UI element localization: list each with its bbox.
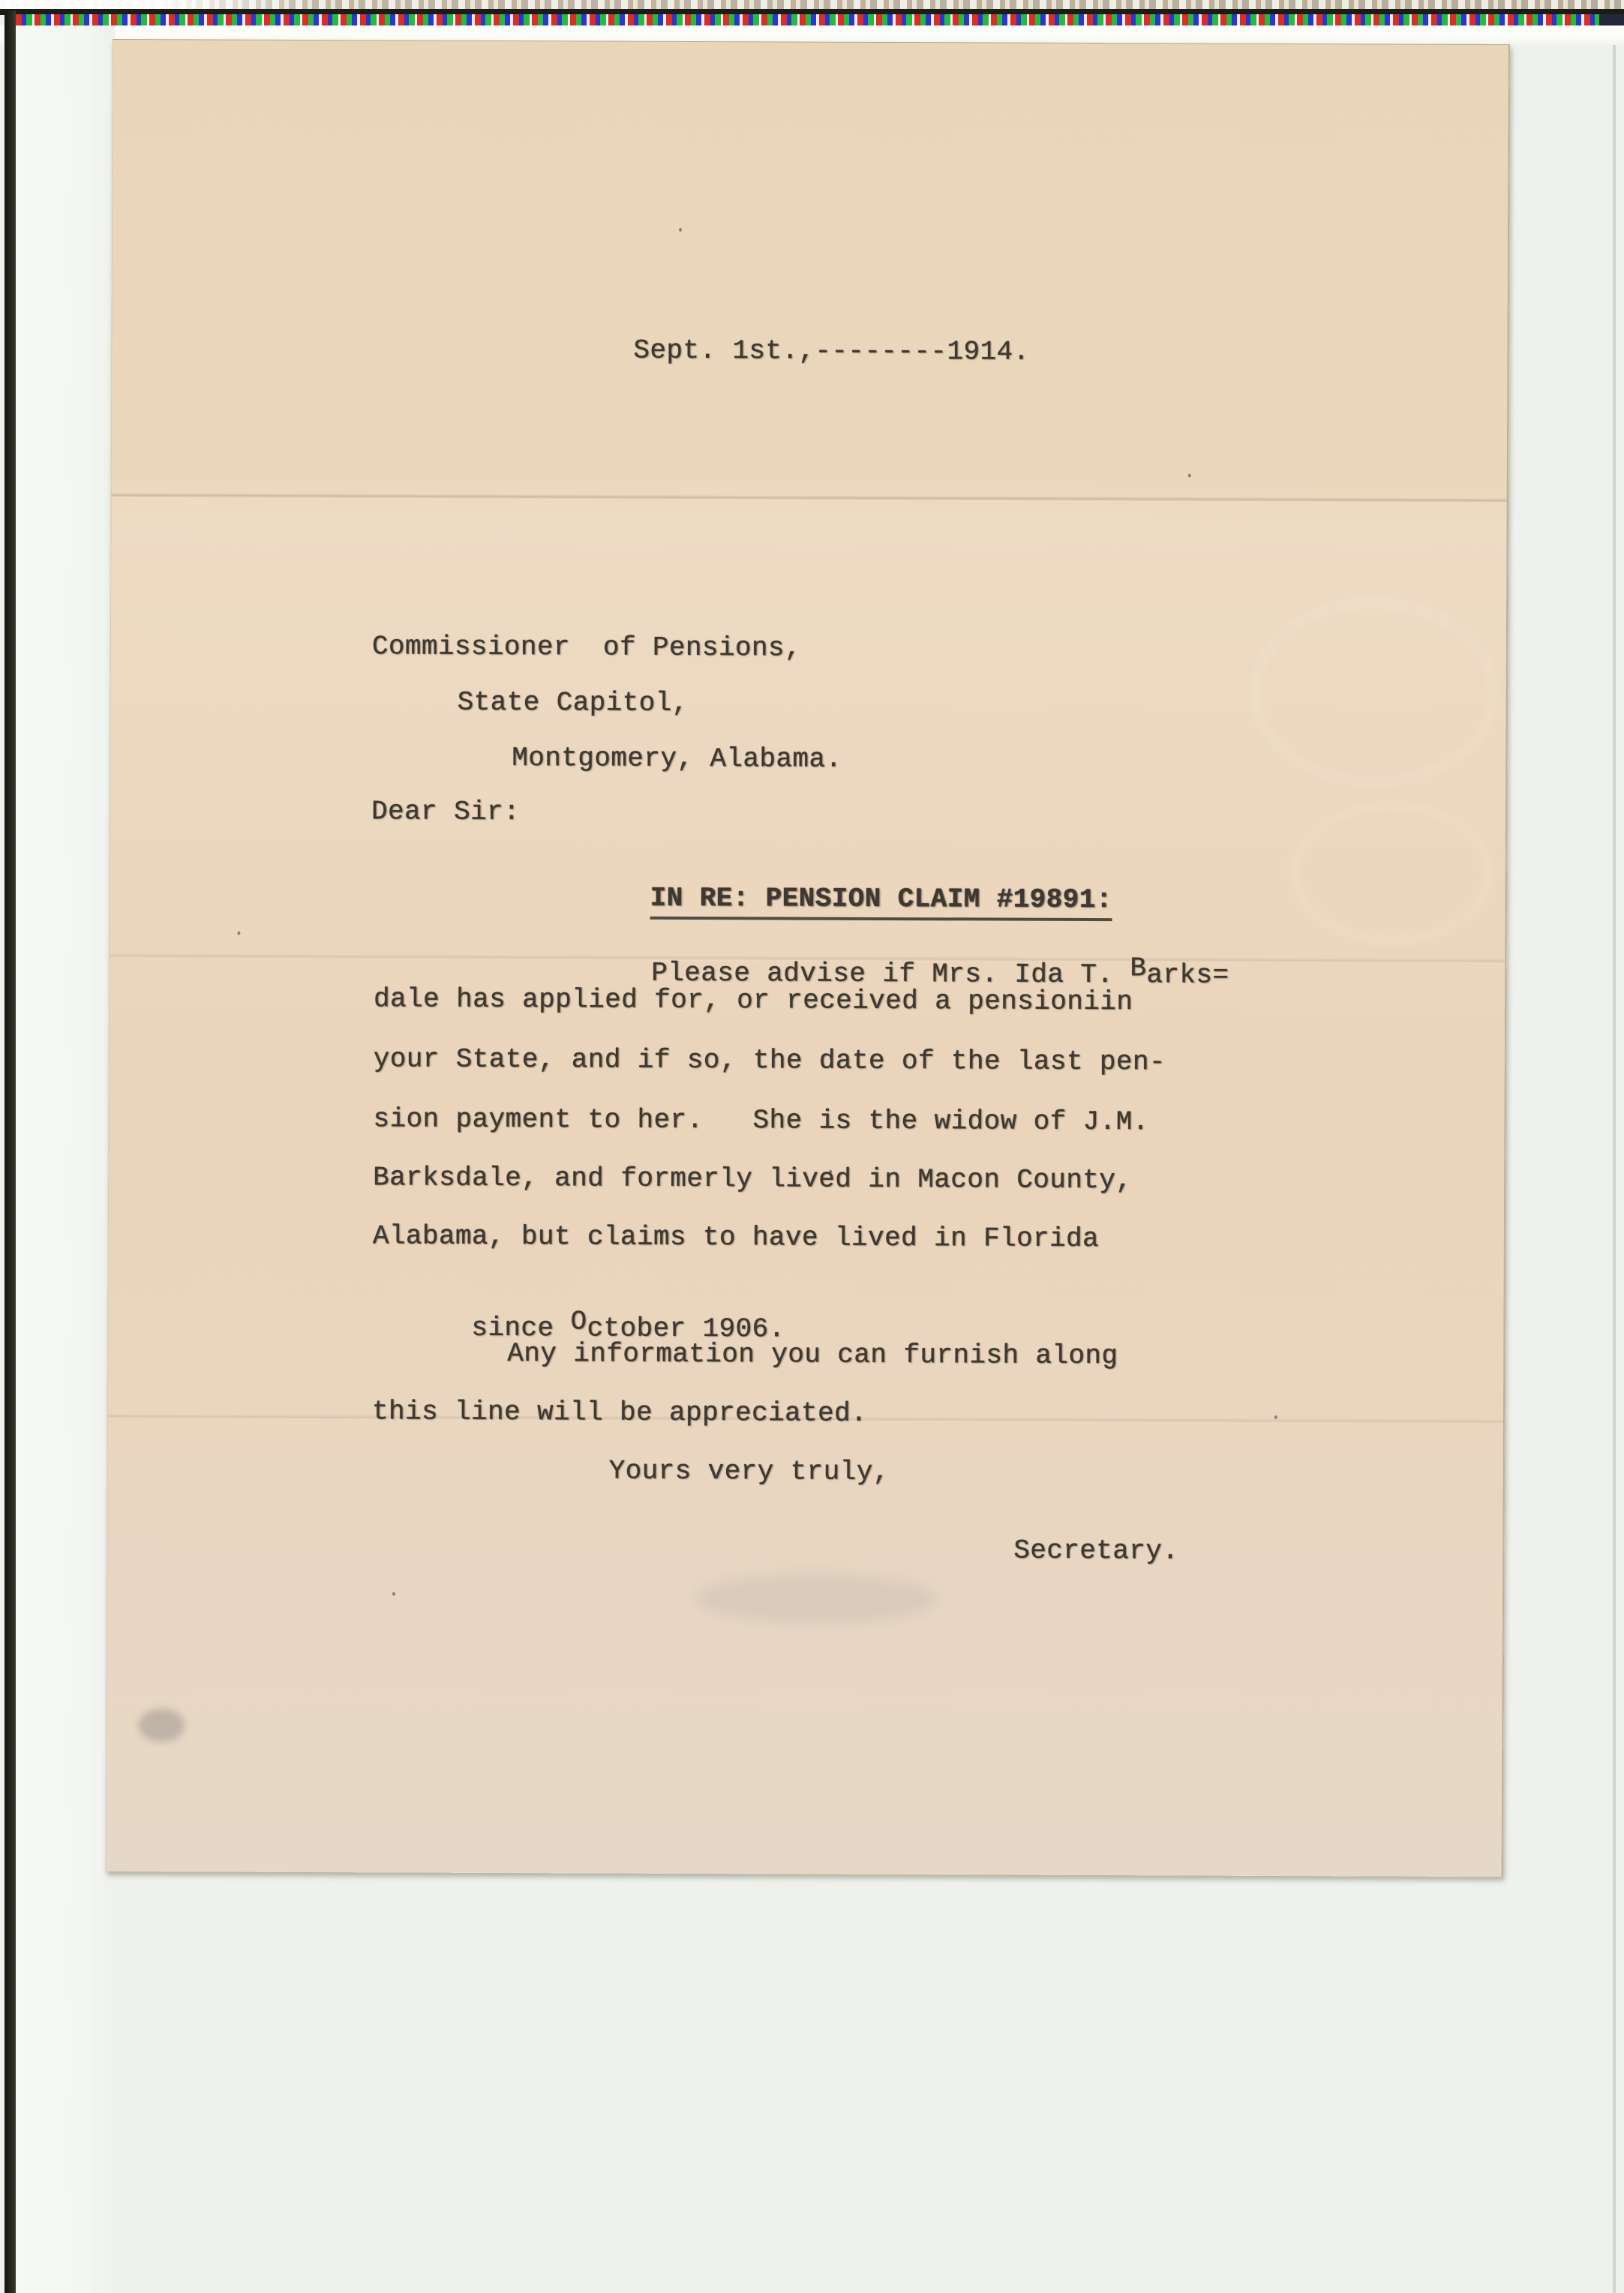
paper-speck (679, 228, 682, 232)
body-text-segment: arks= (1146, 959, 1229, 990)
subject-underlined-text: IN RE: PENSION CLAIM #19891: (650, 883, 1112, 921)
scanner-left-edge-bar (5, 11, 16, 2293)
fold-crease-top (112, 493, 1507, 503)
letter-paper: Sept. 1st.,--------1914. Commissioner of… (106, 39, 1510, 1877)
body-paragraph2-line1: Any information you can furnish along (507, 1337, 1118, 1373)
scanner-right-edge-line (1613, 45, 1616, 2293)
show-through-mark (1250, 599, 1497, 786)
raised-letter: O (570, 1306, 587, 1337)
scanner-edge-noise (0, 0, 1624, 9)
closing-line: Yours very truly, (609, 1455, 890, 1489)
paper-speck (1274, 1415, 1277, 1419)
recipient-line-3: Montgomery, Alabama. (512, 742, 842, 776)
recipient-line-2: State Capitol, (458, 686, 689, 720)
show-through-mark (1291, 802, 1493, 944)
raised-letter: B (1130, 953, 1146, 983)
body-paragraph1-line3: your State, and if so, the date of the l… (374, 1043, 1166, 1079)
paper-speck (1188, 474, 1191, 478)
body-paragraph1-line2: dale has applied for, or received a pens… (374, 983, 1133, 1019)
salutation: Dear Sir: (371, 795, 520, 829)
scanned-letter-page: Sept. 1st.,--------1914. Commissioner of… (0, 0, 1624, 2293)
body-paragraph1-line5: Barksdale, and formerly lived in Macon C… (373, 1161, 1132, 1197)
scanner-bed-left-margin (16, 26, 115, 2293)
body-paragraph2-line2: this line will be appreciated. (372, 1395, 867, 1430)
letter-date: Sept. 1st.,--------1914. (633, 335, 1029, 369)
paper-smudge (692, 1572, 940, 1625)
paper-smudge (138, 1709, 185, 1742)
signature-line: Secretary. (1013, 1535, 1178, 1568)
paper-speck (237, 932, 240, 935)
paper-speck (392, 1592, 395, 1595)
scanner-strip-end-cap (1599, 14, 1624, 26)
body-paragraph1-line6: Alabama, but claims to have lived in Flo… (373, 1220, 1099, 1256)
recipient-line-1: Commissioner of Pensions, (372, 630, 801, 665)
body-paragraph1-line4: sion payment to her. She is the widow of… (373, 1103, 1148, 1139)
scanner-color-calibration-strip (8, 14, 1599, 26)
